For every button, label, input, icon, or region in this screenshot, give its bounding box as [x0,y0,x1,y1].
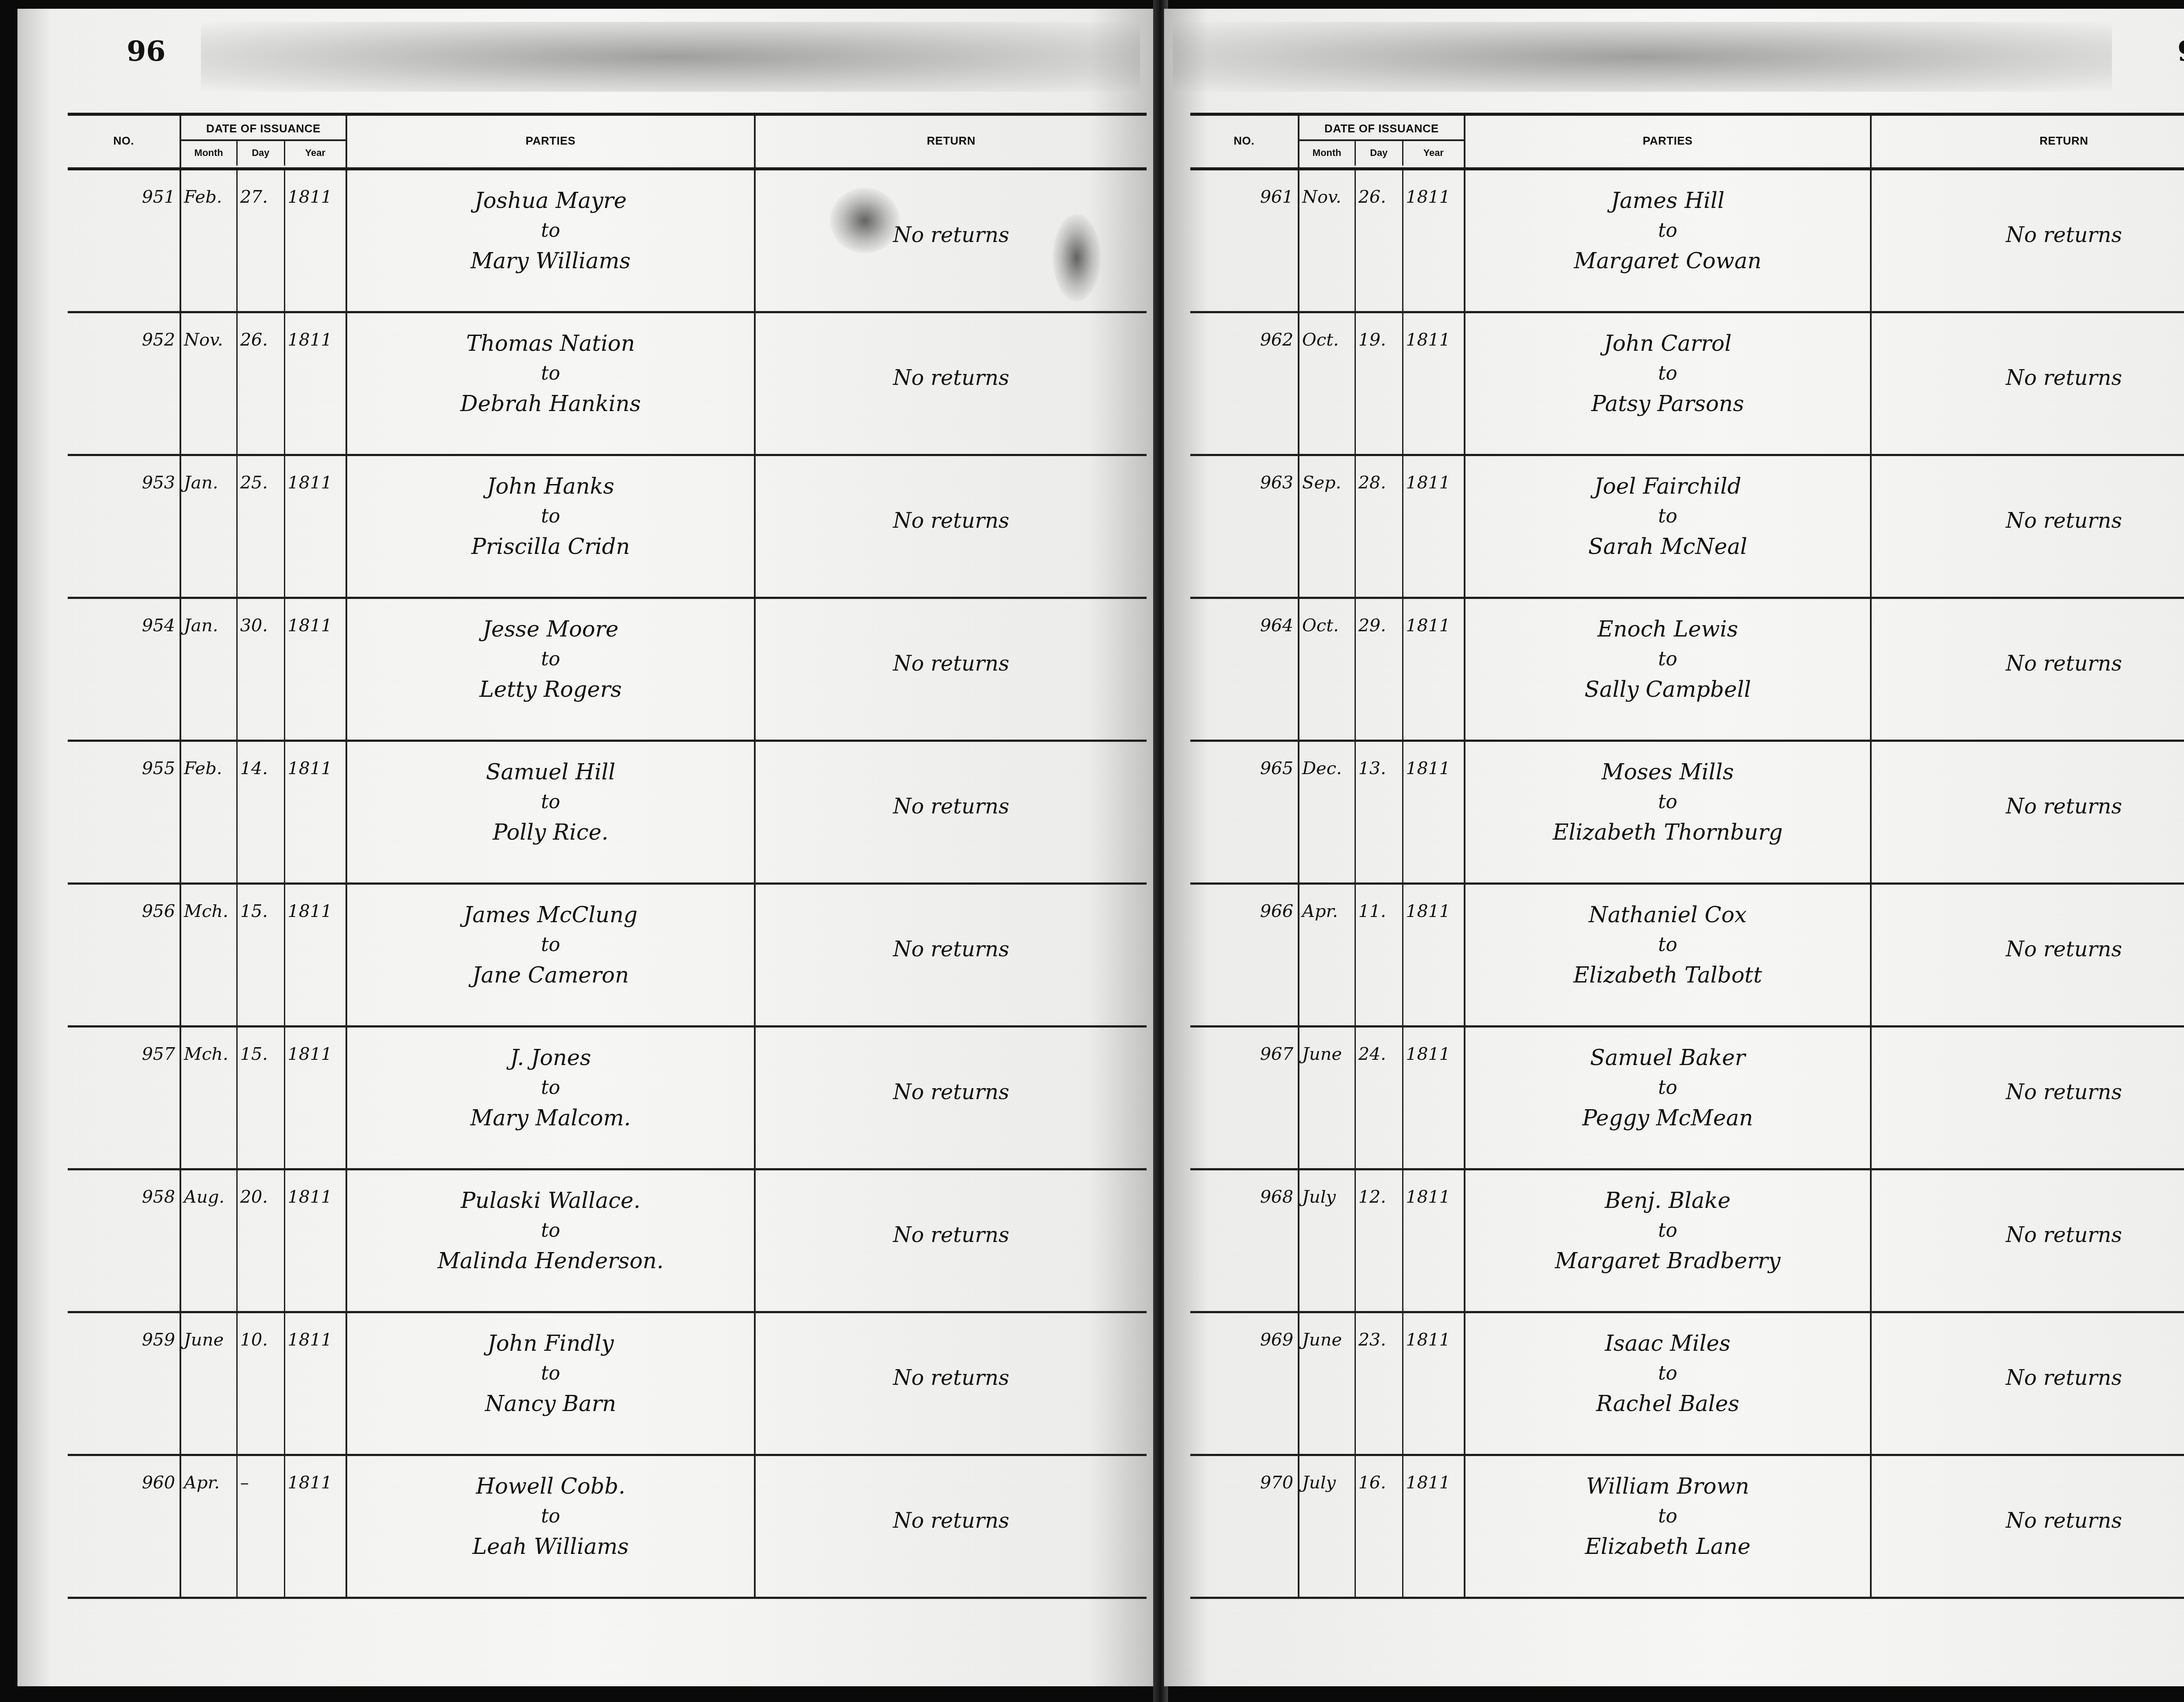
groom-name: John Findly [347,1326,754,1360]
ink-blot [830,188,900,253]
connector-to: to [347,360,754,387]
page-stain [1173,22,2112,92]
bride-name: Jane Cameron [347,958,754,992]
groom-name: James McClung [347,898,754,932]
bride-name: Polly Rice. [347,815,754,849]
entry-number: 957 [142,1044,175,1064]
entry-month: Feb. [184,758,222,778]
return-status: No returns [756,651,1147,676]
register-entry-row: 963 Sep. 28. 1811 Joel Fairchild to Sara… [1190,456,2184,599]
entry-year: 1811 [1406,901,1451,921]
header-day: Day [1356,141,1403,166]
connector-to: to [347,932,754,958]
entry-year: 1811 [1406,1044,1451,1064]
groom-name: Joel Fairchild [1465,469,1870,503]
connector-to: to [347,218,754,244]
entry-day: 12. [1358,1187,1386,1207]
entry-year: 1811 [1406,758,1451,778]
entry-day: 26. [1358,187,1386,207]
entry-month: Oct. [1302,616,1339,636]
bride-name: Priscilla Cridn [347,529,754,564]
return-status: No returns [1872,1508,2184,1533]
entry-year: 1811 [288,187,332,207]
entry-number: 958 [142,1187,175,1207]
groom-name: Joshua Mayre [347,183,754,218]
page-number-left: 96 [127,35,166,68]
header-parties: PARTIES [347,134,754,148]
register-entry-row: 961 Nov. 26. 1811 James Hill to Margaret… [1190,170,2184,313]
entry-month: Mch. [184,901,228,921]
register-entry-row: 968 July 12. 1811 Benj. Blake to Margare… [1190,1170,2184,1313]
bride-name: Sarah McNeal [1465,529,1870,564]
return-status: No returns [756,937,1147,962]
register-entry-row: 967 June 24. 1811 Samuel Baker to Peggy … [1190,1027,2184,1170]
bride-name: Leah Williams [347,1529,754,1564]
ledger-book-spread: 96 No. DATE OF ISSUANCE Month Day Year P… [0,0,2184,1702]
groom-name: J. Jones [347,1041,754,1075]
entry-number: 954 [142,616,175,636]
bride-name: Elizabeth Lane [1465,1529,1870,1564]
entry-year: 1811 [1406,330,1451,350]
entry-year: 1811 [288,330,332,350]
connector-to: to [347,503,754,529]
groom-name: Thomas Nation [347,326,754,360]
connector-to: to [1465,1218,1870,1244]
entry-year: 1811 [288,1473,332,1493]
header-return: RETURN [1872,134,2184,148]
register-entry-row: 965 Dec. 13. 1811 Moses Mills to Elizabe… [1190,742,2184,885]
entry-month: June [1302,1330,1342,1350]
return-status: No returns [1872,366,2184,390]
return-status: No returns [1872,1366,2184,1390]
connector-to: to [347,1218,754,1244]
groom-name: Moses Mills [1465,755,1870,789]
groom-name: Howell Cobb. [347,1469,754,1503]
header-day: Day [238,141,285,166]
entry-day: 20. [240,1187,268,1207]
return-status: No returns [1872,223,2184,247]
connector-to: to [347,789,754,815]
header-date-of-issuance: DATE OF ISSUANCE [206,122,321,135]
bride-name: Elizabeth Talbott [1465,958,1870,992]
entry-number: 965 [1260,758,1293,778]
register-entry-row: 951 Feb. 27. 1811 Joshua Mayre to Mary W… [68,170,1147,313]
header-no: No. [1190,134,1298,148]
return-status: No returns [1872,1080,2184,1104]
register-entry-row: 960 Apr. – 1811 Howell Cobb. to Leah Wil… [68,1456,1147,1599]
entry-month: Dec. [1302,758,1342,778]
groom-name: John Carrol [1465,326,1870,360]
entry-number: 967 [1260,1044,1293,1064]
return-status: No returns [1872,937,2184,962]
bride-name: Elizabeth Thornburg [1465,815,1870,849]
entry-day: 15. [240,1044,268,1064]
entry-year: 1811 [1406,1330,1451,1350]
bride-name: Mary Malcom. [347,1101,754,1135]
connector-to: to [1465,218,1870,244]
entry-month: June [184,1330,224,1350]
entry-year: 1811 [1406,473,1451,493]
groom-name: William Brown [1465,1469,1870,1503]
entry-number: 964 [1260,616,1293,636]
entry-number: 960 [142,1473,175,1493]
page-stain [201,22,1140,92]
groom-name: Benj. Blake [1465,1183,1870,1218]
entry-year: 1811 [288,616,332,636]
entry-month: Aug. [184,1187,225,1207]
entry-year: 1811 [288,1187,332,1207]
table-header: No. DATE OF ISSUANCE Month Day Year PART… [1190,116,2184,170]
right-page: 97 No. DATE OF ISSUANCE Month Day Year P… [1164,9,2184,1686]
entry-year: 1811 [1406,616,1451,636]
return-status: No returns [756,794,1147,819]
header-parties: PARTIES [1465,134,1870,148]
entry-year: 1811 [288,901,332,921]
register-table-left: No. DATE OF ISSUANCE Month Day Year PART… [68,113,1147,1599]
register-entry-row: 956 Mch. 15. 1811 James McClung to Jane … [68,885,1147,1027]
entry-month: Jan. [184,616,218,636]
header-month: Month [181,141,238,166]
groom-name: Enoch Lewis [1465,612,1870,646]
entry-day: – [240,1473,249,1493]
bride-name: Patsy Parsons [1465,387,1870,421]
bride-name: Nancy Barn [347,1387,754,1421]
entry-year: 1811 [288,1330,332,1350]
entry-day: 14. [240,758,268,778]
entry-day: 19. [1358,330,1386,350]
entry-year: 1811 [288,758,332,778]
return-status: No returns [1872,794,2184,819]
entry-month: Feb. [184,187,222,207]
entry-year: 1811 [1406,1473,1451,1493]
connector-to: to [347,646,754,672]
groom-name: Samuel Hill [347,755,754,789]
register-entry-row: 959 June 10. 1811 John Findly to Nancy B… [68,1313,1147,1456]
entry-day: 30. [240,616,268,636]
return-status: No returns [1872,509,2184,533]
entry-number: 963 [1260,473,1293,493]
bride-name: Debrah Hankins [347,387,754,421]
connector-to: to [1465,1075,1870,1101]
table-header: No. DATE OF ISSUANCE Month Day Year PART… [68,116,1147,170]
header-month: Month [1299,141,1356,166]
register-entry-row: 962 Oct. 19. 1811 John Carrol to Patsy P… [1190,313,2184,456]
entry-month: Nov. [1302,187,1341,207]
groom-name: Samuel Baker [1465,1041,1870,1075]
entry-day: 15. [240,901,268,921]
return-status: No returns [756,1223,1147,1247]
return-status: No returns [1872,651,2184,676]
entry-number: 953 [142,473,175,493]
entry-month: Mch. [184,1044,228,1064]
header-year: Year [1403,141,1464,166]
register-entry-row: 957 Mch. 15. 1811 J. Jones to Mary Malco… [68,1027,1147,1170]
bride-name: Malinda Henderson. [347,1244,754,1278]
header-return: RETURN [756,134,1147,148]
entry-year: 1811 [1406,1187,1451,1207]
groom-name: Nathaniel Cox [1465,898,1870,932]
entry-day: 13. [1358,758,1386,778]
groom-name: Pulaski Wallace. [347,1183,754,1218]
entry-day: 24. [1358,1044,1386,1064]
entry-month: Apr. [184,1473,220,1493]
return-status: No returns [756,1366,1147,1390]
register-entry-row: 954 Jan. 30. 1811 Jesse Moore to Letty R… [68,599,1147,742]
register-entry-row: 958 Aug. 20. 1811 Pulaski Wallace. to Ma… [68,1170,1147,1313]
entry-day: 29. [1358,616,1386,636]
entry-number: 970 [1260,1473,1293,1493]
entry-day: 27. [240,187,268,207]
header-no: No. [68,134,180,148]
entry-day: 10. [240,1330,268,1350]
entry-number: 952 [142,330,175,350]
entry-number: 955 [142,758,175,778]
entry-month: Sep. [1302,473,1341,493]
entry-day: 16. [1358,1473,1386,1493]
register-entry-row: 970 July 16. 1811 William Brown to Eliza… [1190,1456,2184,1599]
entry-day: 25. [240,473,268,493]
entry-number: 956 [142,901,175,921]
groom-name: Isaac Miles [1465,1326,1870,1360]
entry-number: 966 [1260,901,1293,921]
connector-to: to [1465,789,1870,815]
register-entry-row: 964 Oct. 29. 1811 Enoch Lewis to Sally C… [1190,599,2184,742]
entry-number: 959 [142,1330,175,1350]
connector-to: to [347,1075,754,1101]
return-status: No returns [756,1508,1147,1533]
entry-month: June [1302,1044,1342,1064]
entry-day: 23. [1358,1330,1386,1350]
connector-to: to [1465,1503,1870,1529]
groom-name: John Hanks [347,469,754,503]
groom-name: Jesse Moore [347,612,754,646]
entry-year: 1811 [288,1044,332,1064]
register-entry-row: 969 June 23. 1811 Isaac Miles to Rachel … [1190,1313,2184,1456]
connector-to: to [347,1360,754,1387]
entry-month: July [1302,1187,1336,1207]
connector-to: to [1465,360,1870,387]
entry-year: 1811 [288,473,332,493]
table-body-left: 951 Feb. 27. 1811 Joshua Mayre to Mary W… [68,170,1147,1599]
register-table-right: No. DATE OF ISSUANCE Month Day Year PART… [1190,113,2184,1599]
connector-to: to [1465,646,1870,672]
return-status: No returns [756,1080,1147,1104]
return-status: No returns [756,366,1147,390]
bride-name: Margaret Cowan [1465,244,1870,278]
bride-name: Rachel Bales [1465,1387,1870,1421]
entry-year: 1811 [1406,187,1451,207]
entry-month: Jan. [184,473,218,493]
table-body-right: 961 Nov. 26. 1811 James Hill to Margaret… [1190,170,2184,1599]
header-date-of-issuance: DATE OF ISSUANCE [1324,122,1439,135]
bride-name: Peggy McMean [1465,1101,1870,1135]
connector-to: to [1465,1360,1870,1387]
entry-day: 11. [1358,901,1386,921]
entry-day: 28. [1358,473,1386,493]
register-entry-row: 955 Feb. 14. 1811 Samuel Hill to Polly R… [68,742,1147,885]
bride-name: Letty Rogers [347,672,754,706]
return-status: No returns [1872,1223,2184,1247]
entry-month: Nov. [184,330,223,350]
entry-day: 26. [240,330,268,350]
register-entry-row: 966 Apr. 11. 1811 Nathaniel Cox to Eliza… [1190,885,2184,1027]
entry-month: July [1302,1473,1336,1493]
entry-number: 968 [1260,1187,1293,1207]
entry-month: Oct. [1302,330,1339,350]
groom-name: James Hill [1465,183,1870,218]
page-number-right: 97 [2177,35,2184,68]
ink-blot [1053,214,1101,301]
register-entry-row: 952 Nov. 26. 1811 Thomas Nation to Debra… [68,313,1147,456]
header-year: Year [285,141,346,166]
entry-number: 951 [142,187,175,207]
bride-name: Mary Williams [347,244,754,278]
entry-month: Apr. [1302,901,1338,921]
bride-name: Sally Campbell [1465,672,1870,706]
connector-to: to [347,1503,754,1529]
bride-name: Margaret Bradberry [1465,1244,1870,1278]
connector-to: to [1465,503,1870,529]
connector-to: to [1465,932,1870,958]
entry-number: 969 [1260,1330,1293,1350]
return-status: No returns [756,509,1147,533]
entry-number: 962 [1260,330,1293,350]
register-entry-row: 953 Jan. 25. 1811 John Hanks to Priscill… [68,456,1147,599]
left-page: 96 No. DATE OF ISSUANCE Month Day Year P… [17,9,1158,1686]
entry-number: 961 [1260,187,1293,207]
